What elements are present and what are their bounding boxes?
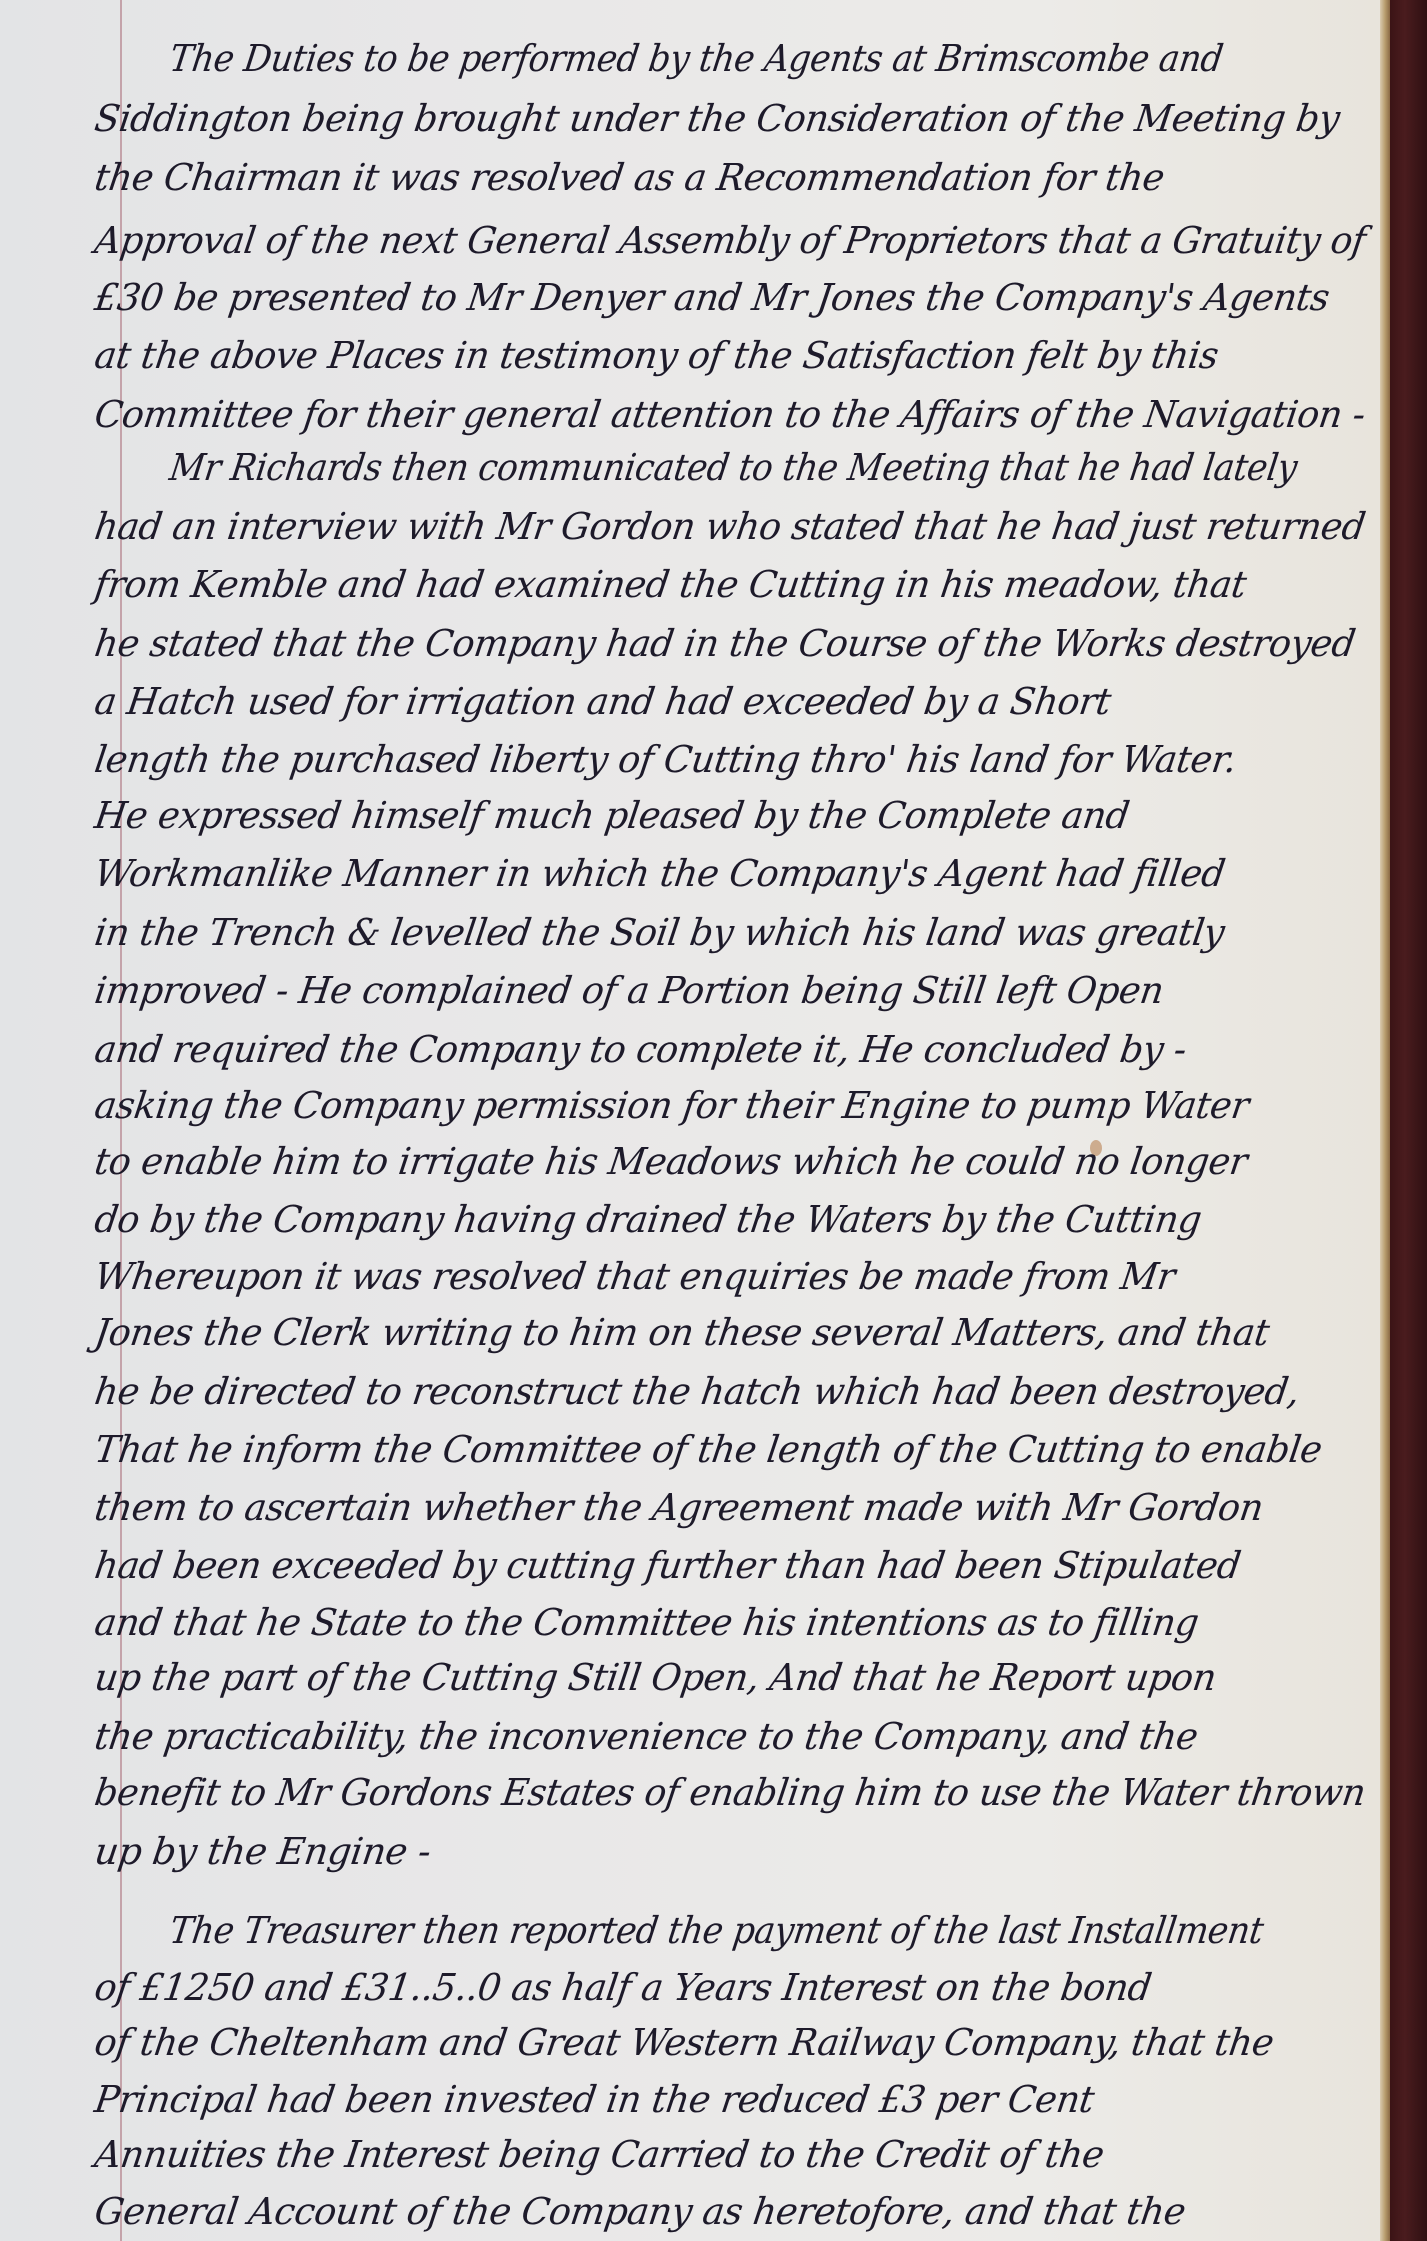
manuscript-line: he stated that the Company had in the Co… (92, 622, 1367, 665)
manuscript-line: he be directed to reconstruct the hatch … (92, 1370, 1367, 1413)
manuscript-line: had an interview with Mr Gordon who stat… (92, 505, 1362, 548)
manuscript-line: benefit to Mr Gordons Estates of enablin… (92, 1771, 1353, 1814)
manuscript-line: of the Cheltenham and Great Western Rail… (92, 2021, 1367, 2064)
manuscript-line: the Chairman it was resolved as a Recomm… (92, 156, 1367, 199)
manuscript-line: He expressed himself much pleased by the… (92, 794, 1367, 837)
manuscript-line: them to ascertain whether the Agreement … (92, 1486, 1367, 1529)
manuscript-line: Committee for their general attention to… (92, 393, 1365, 436)
manuscript-line: do by the Company having drained the Wat… (92, 1198, 1367, 1241)
manuscript-line: Whereupon it was resolved that enquiries… (92, 1255, 1367, 1298)
manuscript-line: Siddington being brought under the Consi… (92, 97, 1367, 140)
manuscript-line: had been exceeded by cutting further tha… (92, 1544, 1367, 1587)
manuscript-line: length the purchased liberty of Cutting … (92, 738, 1367, 781)
manuscript-line: Workmanlike Manner in which the Company'… (92, 852, 1367, 895)
manuscript-line: improved - He complained of a Portion be… (92, 969, 1367, 1012)
manuscript-page: The Duties to be performed by the Agents… (0, 0, 1384, 2241)
manuscript-line: and required the Company to complete it,… (92, 1028, 1367, 1071)
manuscript-line: at the above Places in testimony of the … (92, 334, 1367, 377)
manuscript-line: asking the Company permission for their … (92, 1084, 1367, 1127)
manuscript-line: to enable him to irrigate his Meadows wh… (92, 1140, 1367, 1183)
manuscript-line: a Hatch used for irrigation and had exce… (92, 680, 1367, 723)
page-edge (1380, 0, 1390, 2241)
manuscript-line: up the part of the Cutting Still Open, A… (92, 1656, 1367, 1699)
manuscript-line: in the Trench & levelled the Soil by whi… (92, 911, 1367, 954)
manuscript-line: and that he State to the Committee his i… (92, 1601, 1367, 1644)
manuscript-line: up by the Engine - (92, 1830, 1388, 1873)
manuscript-line: Jones the Clerk writing to him on these … (92, 1311, 1367, 1354)
manuscript-line: Annuities the Interest being Carried to … (92, 2133, 1367, 2176)
manuscript-line: of £1250 and £31..5..0 as half a Years I… (92, 1966, 1367, 2009)
manuscript-line: That he inform the Committee of the leng… (92, 1428, 1367, 1471)
manuscript-line: from Kemble and had examined the Cutting… (92, 563, 1367, 606)
manuscript-line: The Duties to be performed by the Agents… (167, 37, 1368, 80)
manuscript-line: Mr Richards then communicated to the Mee… (167, 446, 1368, 489)
manuscript-line: the practicability, the inconvenience to… (92, 1715, 1367, 1758)
manuscript-line: General Account of the Company as hereto… (92, 2190, 1367, 2233)
manuscript-line: £30 be presented to Mr Denyer and Mr Jon… (92, 276, 1367, 319)
manuscript-line: Principal had been invested in the reduc… (92, 2078, 1367, 2121)
manuscript-line: The Treasurer then reported the payment … (167, 1909, 1368, 1952)
manuscript-line: Approval of the next General Assembly of… (92, 219, 1352, 262)
book-binding (1390, 0, 1427, 2241)
